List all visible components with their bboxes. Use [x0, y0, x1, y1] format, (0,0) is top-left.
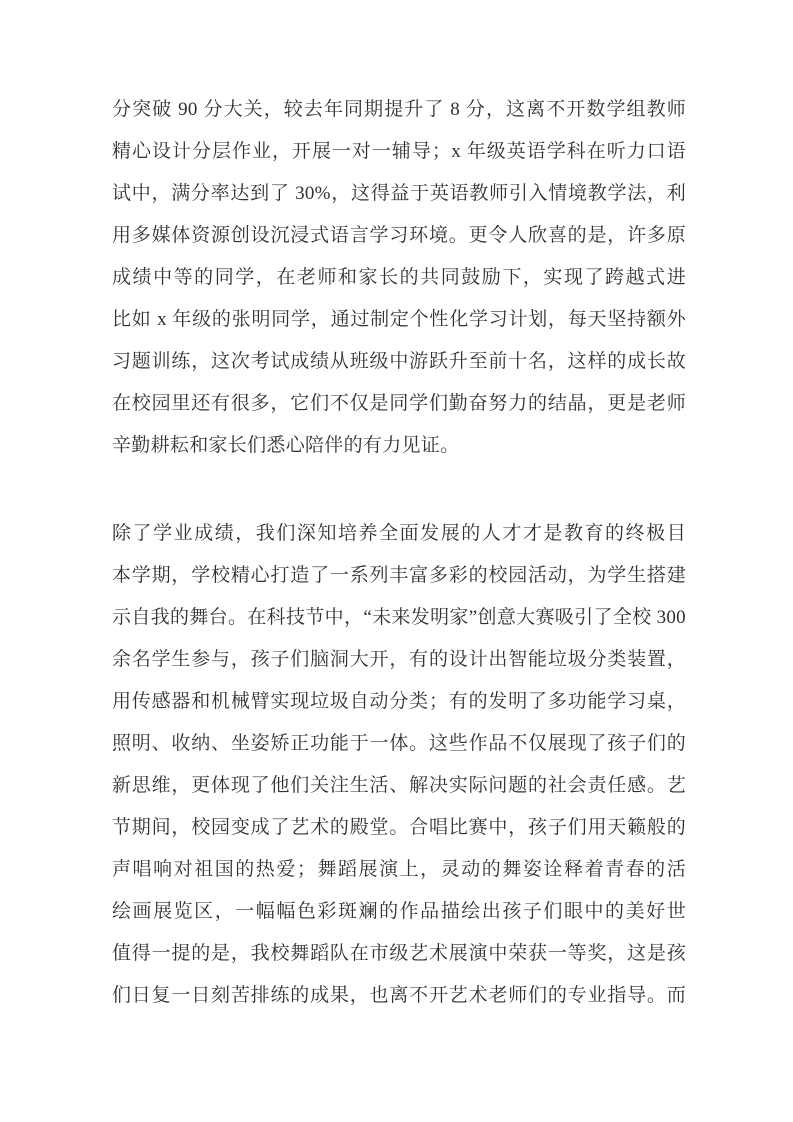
document-page: 分突破 90 分大关，较去年同期提升了 8 分，这离不开数学组教师 精心设计分层… — [0, 0, 793, 1122]
text-line: 们日复一日刻苦排练的成果，也离不开艺术老师们的专业指导。而运 — [112, 975, 686, 1017]
text-line: 分突破 90 分大关，较去年同期提升了 8 分，这离不开数学组教师 — [112, 89, 686, 131]
text-line: 用多媒体资源创设沉浸式语言学习环境。更令人欣喜的是，许多原本 — [112, 215, 686, 257]
text-line: 在校园里还有很多，它们不仅是同学们勤奋努力的结晶，更是老师们 — [112, 383, 686, 425]
text-line: 用传感器和机械臂实现垃圾自动分类；有的发明了多功能学习桌，集 — [112, 681, 686, 723]
text-line: 绘画展览区，一幅幅色彩斑斓的作品描绘出孩子们眼中的美好世界。 — [112, 891, 686, 933]
text-line: 本学期，学校精心打造了一系列丰富多彩的校园活动，为学生搭建展 — [112, 555, 686, 597]
text-line: 照明、收纳、坐姿矫正功能于一体。这些作品不仅展现了孩子们的创 — [112, 723, 686, 765]
text-line: 声唱响对祖国的热爱；舞蹈展演上，灵动的舞姿诠释着青春的活力； — [112, 849, 686, 891]
paragraph-academic-results: 分突破 90 分大关，较去年同期提升了 8 分，这离不开数学组教师 精心设计分层… — [112, 89, 686, 467]
document-body: 分突破 90 分大关，较去年同期提升了 8 分，这离不开数学组教师 精心设计分层… — [112, 89, 686, 1017]
text-line: 习题训练，这次考试成绩从班级中游跃升至前十名，这样的成长故事 — [112, 341, 686, 383]
text-line: 示自我的舞台。在科技节中，“未来发明家”创意大赛吸引了全校 300 — [112, 597, 686, 639]
text-line: 值得一提的是，我校舞蹈队在市级艺术展演中荣获一等奖，这是孩子 — [112, 933, 686, 975]
paragraph-campus-activities: 除了学业成绩，我们深知培养全面发展的人才才是教育的终极目标。 本学期，学校精心打… — [112, 513, 686, 1017]
text-line: 新思维，更体现了他们关注生活、解决实际问题的社会责任感。艺术 — [112, 765, 686, 807]
text-line: 节期间，校园变成了艺术的殿堂。合唱比赛中，孩子们用天籁般的歌 — [112, 807, 686, 849]
text-line: 精心设计分层作业，开展一对一辅导；x 年级英语学科在听力口语考 — [112, 131, 686, 173]
text-line: 辛勤耕耘和家长们悉心陪伴的有力见证。 — [112, 425, 686, 467]
text-line: 除了学业成绩，我们深知培养全面发展的人才才是教育的终极目标。 — [112, 513, 686, 555]
text-line: 成绩中等的同学，在老师和家长的共同鼓励下，实现了跨越式进步， — [112, 257, 686, 299]
text-line: 试中，满分率达到了 30%，这得益于英语教师引入情境教学法，利 — [112, 173, 686, 215]
text-line: 比如 x 年级的张明同学，通过制定个性化学习计划，每天坚持额外的 — [112, 299, 686, 341]
text-line: 余名学生参与，孩子们脑洞大开，有的设计出智能垃圾分类装置，利 — [112, 639, 686, 681]
